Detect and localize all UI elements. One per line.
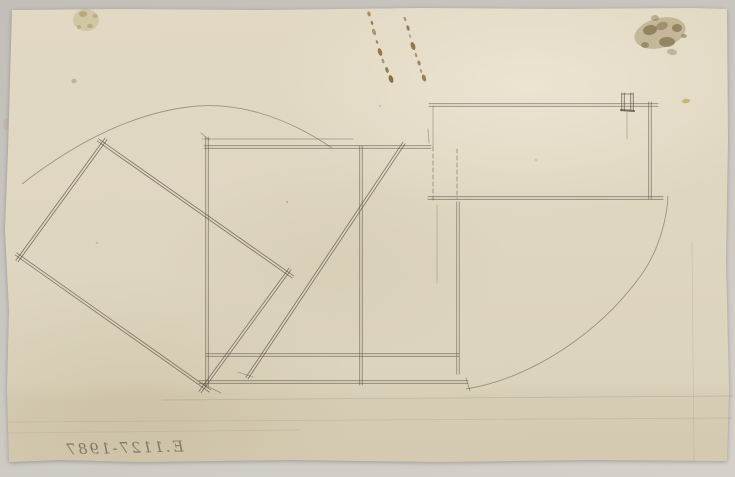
museum-number-inscription: E.1127-1987 <box>38 437 211 463</box>
photograph-of-drawing: E.1127-1987 <box>0 0 735 477</box>
pencil-plan-drawing <box>0 0 735 477</box>
